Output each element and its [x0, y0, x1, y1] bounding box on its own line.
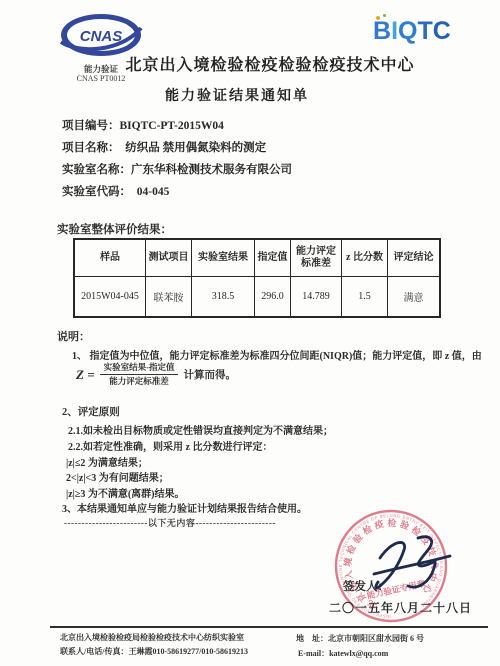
field-value: 纺织品 禁用偶氮染料的测定: [120, 142, 267, 154]
note-item-2-heading: 2、评定原则: [62, 404, 120, 419]
formula-suffix: 计算而得。: [183, 367, 236, 382]
biqtc-letter: I: [391, 18, 398, 44]
cell-lab-result: 318.5: [192, 277, 255, 318]
cell-conclusion: 满意: [388, 277, 441, 318]
biqtc-logo: BIQTC: [373, 18, 451, 44]
principle-z-satisfactory: |z|≤2 为满意结果；: [66, 454, 148, 469]
cell-test-item: 联苯胺: [146, 277, 192, 318]
formula-lhs: Z =: [76, 367, 95, 383]
field-lab-name: 实验室名称：广东华科检测技术服务有限公司: [62, 161, 292, 183]
address-value: 北京市朝阳区甜水园街 6 号: [328, 634, 424, 643]
cell-sd: 14.789: [291, 277, 342, 318]
biqtc-letter: B: [373, 18, 391, 44]
col-conclusion: 评定结论: [388, 239, 441, 277]
biqtc-letter: T: [417, 18, 432, 44]
handwritten-signature: [358, 532, 458, 606]
col-assigned-value: 指定值: [255, 239, 291, 277]
col-lab-result: 实验室结果: [192, 239, 255, 277]
field-label: 实验室代码：: [62, 186, 131, 198]
field-label: 实验室名称：: [62, 164, 131, 176]
results-table: 样品 测试项目 实验室结果 指定值 能力评定标准差 z 比分数 评定结论 201…: [73, 238, 441, 318]
footer-email: E-mail：katewlx@qq.com: [298, 648, 388, 659]
field-value: 广东华科检测技术服务有限公司: [131, 164, 292, 176]
project-fields: 项目编号：BIQTC-PT-2015W04 项目名称： 纺织品 禁用偶氮染料的测…: [62, 117, 292, 205]
field-project-name: 项目名称： 纺织品 禁用偶氮染料的测定: [62, 139, 292, 161]
principle-2-2: 2.2.如若定性准确，则采用 z 比分数进行评定：: [68, 438, 272, 453]
document-title: 北京出入境检验检疫检验检疫技术中心: [0, 52, 500, 75]
biqtc-logo-dot: [383, 14, 386, 17]
email-value: katewlx@qq.com: [329, 649, 388, 658]
biqtc-letter: C: [433, 18, 451, 44]
table-row: 2015W04-045 联苯胺 318.5 296.0 14.789 1.5 满…: [74, 277, 440, 318]
biqtc-letter: Q: [398, 18, 417, 44]
field-value: BIQTC-PT-2015W04: [120, 120, 224, 132]
field-label: 项目名称：: [62, 142, 120, 154]
col-test-item: 测试项目: [146, 239, 192, 277]
field-project-number: 项目编号：BIQTC-PT-2015W04: [62, 117, 292, 139]
col-z-score: z 比分数: [342, 239, 388, 277]
field-value: 04-045: [131, 186, 169, 198]
formula-numerator: 实验室结果-指定值: [100, 362, 179, 375]
end-of-content-marker: ------------------------以下无内容-----------…: [64, 516, 276, 529]
footer-address: 地 址：北京市朝阳区甜水园街 6 号: [296, 633, 424, 644]
email-label: E-mail：: [298, 649, 329, 658]
document-subtitle: 能力验证结果通知单: [0, 85, 474, 105]
cnas-accreditation-number: CNAS PT0012: [54, 74, 148, 84]
biqtc-logo-dot: [376, 16, 380, 20]
principle-z-unsatisfactory: |z|≥3 为不满意(离群)结果。: [66, 485, 185, 500]
notes-heading: 说明：: [57, 328, 90, 344]
field-lab-code: 实验室代码： 04-045: [62, 183, 292, 205]
cell-assigned-value: 296.0: [255, 277, 291, 318]
cell-sample: 2015W04-045: [74, 277, 146, 318]
table-header-row: 样品 测试项目 实验室结果 指定值 能力评定标准差 z 比分数 评定结论: [74, 239, 440, 277]
col-sd: 能力评定标准差: [291, 239, 342, 277]
field-label: 项目编号：: [62, 120, 120, 132]
principle-2-1: 2.1.如未检出目标物质或定性错误均直接判定为不满意结果；: [68, 422, 333, 437]
formula-denominator: 能力评定标准差: [100, 375, 179, 387]
cell-z-score: 1.5: [342, 277, 388, 318]
footer-divider: [50, 626, 488, 628]
note-item-1: 1、 指定值为中位值，能力评定标准差为标准四分位间距(NIQR)值；能力评定值，…: [72, 347, 482, 362]
z-score-formula: Z = 实验室结果-指定值 能力评定标准差 计算而得。: [76, 362, 236, 387]
note-item-3: 3、本结果通知单应与能力验证计划结果报告结合使用。: [62, 500, 307, 515]
address-label: 地 址：: [296, 634, 328, 643]
col-sample: 样品: [74, 239, 146, 277]
cnas-acronym: CNAS: [80, 28, 123, 45]
footer-lab-name: 北京出入境检验检疫局检验检疫技术中心纺织实验室: [60, 632, 244, 643]
footer-contact-line: 联系人/电话/传真：王琳霞010-58619277/010-58619213: [60, 646, 248, 657]
principle-z-questionable: 2<|z|<3 为有问题结果；: [66, 469, 169, 484]
formula-fraction: 实验室结果-指定值 能力评定标准差: [100, 362, 179, 387]
evaluation-heading: 实验室整体评价结果：: [57, 221, 172, 237]
